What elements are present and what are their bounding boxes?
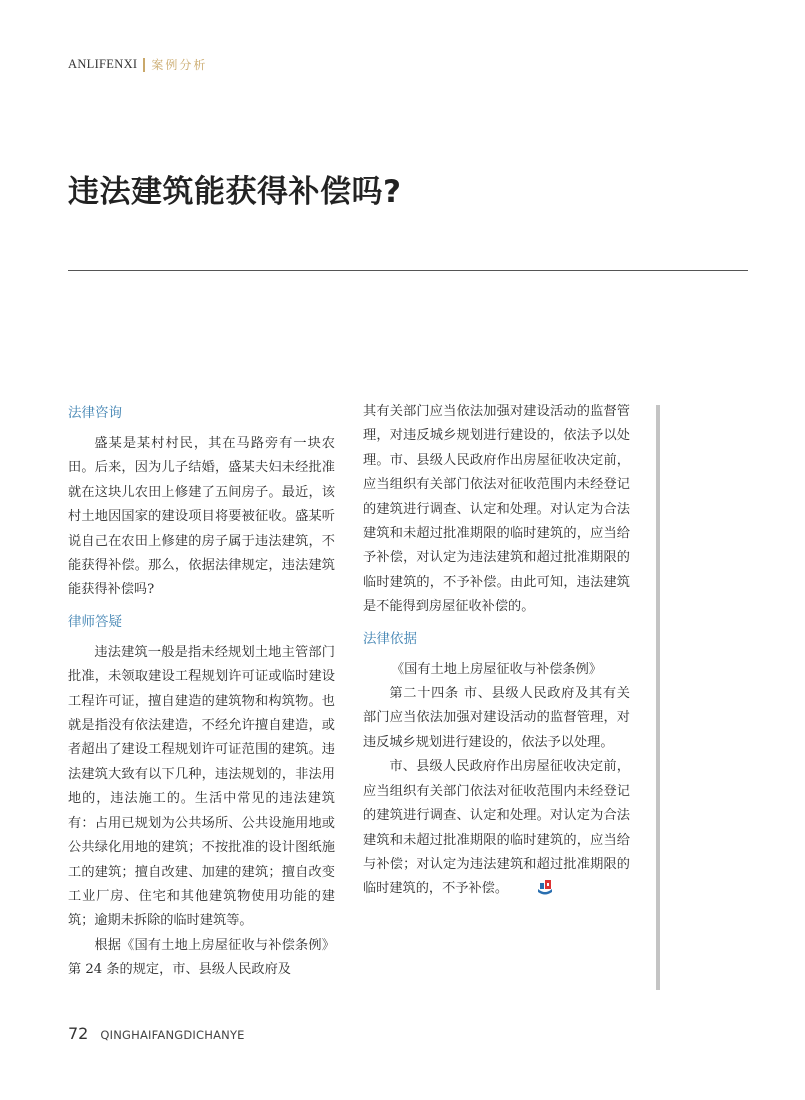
heading-answer: 律师答疑 bbox=[68, 609, 335, 635]
article-title: 违法建筑能获得补偿吗? bbox=[68, 166, 401, 211]
paragraph: 市、县级人民政府作出房屋征收决定前，应当组织有关部门依法对征收范围内未经登记的建… bbox=[363, 755, 630, 901]
paragraph: 根据《国有土地上房屋征收与补偿条例》第 24 条的规定，市、县级人民政府及 bbox=[68, 934, 335, 983]
page-number: 72 bbox=[68, 1024, 88, 1043]
paragraph: 第二十四条 市、县级人民政府及其有关部门应当依法加强对建设活动的监督管理，对违反… bbox=[363, 682, 630, 755]
header-divider bbox=[143, 58, 145, 72]
heading-consult: 法律咨询 bbox=[68, 400, 335, 426]
publication-name: QINGHAIFANGDICHANYE bbox=[100, 1028, 244, 1042]
paragraph: 盛某是某村村民，其在马路旁有一块农田。后来，因为儿子结婚，盛某夫妇未经批准就在这… bbox=[68, 432, 335, 603]
heading-basis: 法律依据 bbox=[363, 626, 630, 652]
law-title: 《国有土地上房屋征收与补偿条例》 bbox=[363, 658, 630, 682]
column-side-bar bbox=[656, 405, 660, 990]
column-left: 法律咨询 盛某是某村村民，其在马路旁有一块农田。后来，因为儿子结婚，盛某夫妇未经… bbox=[68, 400, 335, 983]
title-rule bbox=[68, 270, 748, 271]
page-footer: 72 QINGHAIFANGDICHANYE bbox=[68, 1024, 245, 1043]
paragraph-text: 市、县级人民政府作出房屋征收决定前，应当组织有关部门依法对征收范围内未经登记的建… bbox=[363, 759, 630, 896]
end-logo-icon bbox=[510, 879, 528, 895]
running-header: ANLIFENXI 案例分析 bbox=[68, 56, 207, 73]
column-right: 其有关部门应当依法加强对建设活动的监督管理，对违反城乡规划进行建设的，依法予以处… bbox=[363, 400, 630, 902]
section-label-en: ANLIFENXI bbox=[68, 57, 137, 72]
paragraph-continued: 其有关部门应当依法加强对建设活动的监督管理，对违反城乡规划进行建设的，依法予以处… bbox=[363, 400, 630, 620]
paragraph: 违法建筑一般是指未经规划土地主管部门批准，未领取建设工程规划许可证或临时建设工程… bbox=[68, 641, 335, 934]
section-label-cn: 案例分析 bbox=[151, 56, 207, 73]
